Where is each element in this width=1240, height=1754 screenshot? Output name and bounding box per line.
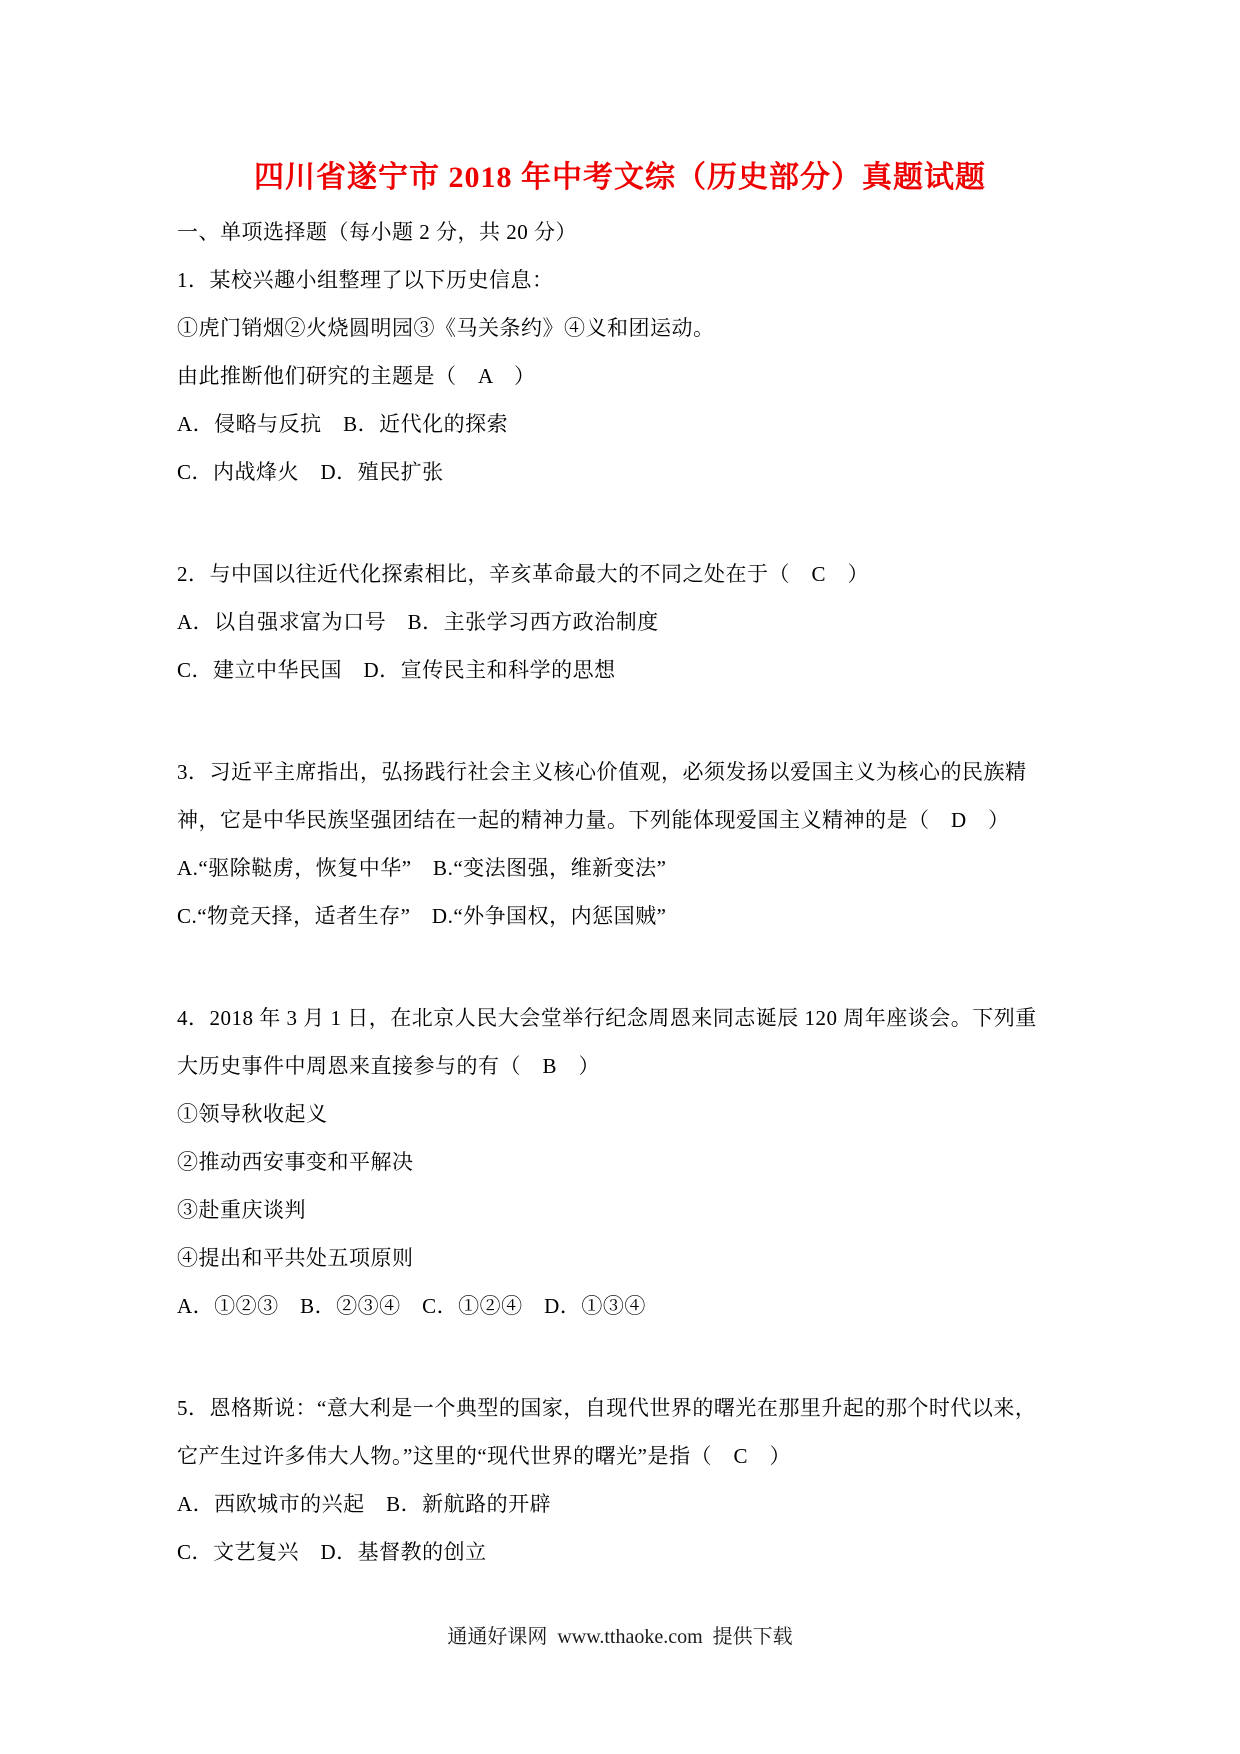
q1-options-cd: C．内战烽火 D．殖民扩张 bbox=[177, 448, 1063, 496]
q5-options-ab: A．西欧城市的兴起 B．新航路的开辟 bbox=[177, 1480, 1063, 1528]
q3-options-cd: C.“物竞天择，适者生存” D.“外争国权，内惩国贼” bbox=[177, 892, 1063, 940]
q4-options: A．①②③ B．②③④ C．①②④ D．①③④ bbox=[177, 1282, 1063, 1330]
q1-prompt: 由此推断他们研究的主题是（ A ） bbox=[177, 352, 1063, 400]
q3-stem-line1: 3．习近平主席指出，弘扬践行社会主义核心价值观，必须发扬以爱国主义为核心的民族精 bbox=[177, 748, 1063, 796]
q4-stem-line1: 4．2018 年 3 月 1 日，在北京人民大会堂举行纪念周恩来同志诞辰 120… bbox=[177, 994, 1063, 1042]
q2-options-cd: C．建立中华民国 D．宣传民主和科学的思想 bbox=[177, 646, 1063, 694]
exam-paper-page: 四川省遂宁市 2018 年中考文综（历史部分）真题试题 一、单项选择题（每小题 … bbox=[0, 0, 1240, 1754]
q5-stem-line2: 它产生过许多伟大人物。”这里的“现代世界的曙光”是指（ C ） bbox=[177, 1432, 1063, 1480]
page-content: 四川省遂宁市 2018 年中考文综（历史部分）真题试题 一、单项选择题（每小题 … bbox=[177, 0, 1063, 1576]
q3-stem-line2: 神，它是中华民族坚强团结在一起的精神力量。下列能体现爱国主义精神的是（ D ） bbox=[177, 796, 1063, 844]
page-title: 四川省遂宁市 2018 年中考文综（历史部分）真题试题 bbox=[177, 158, 1063, 198]
q4-item-1: ①领导秋收起义 bbox=[177, 1090, 1063, 1138]
q1-items: ①虎门销烟②火烧圆明园③《马关条约》④义和团运动。 bbox=[177, 304, 1063, 352]
section-heading: 一、单项选择题（每小题 2 分，共 20 分） bbox=[177, 208, 1063, 256]
q4-stem-line2: 大历史事件中周恩来直接参与的有（ B ） bbox=[177, 1042, 1063, 1090]
q4-item-3: ③赴重庆谈判 bbox=[177, 1186, 1063, 1234]
q2-options-ab: A．以自强求富为口号 B．主张学习西方政治制度 bbox=[177, 598, 1063, 646]
q5-stem-line1: 5．恩格斯说：“意大利是一个典型的国家，自现代世界的曙光在那里升起的那个时代以来… bbox=[177, 1384, 1063, 1432]
q4-item-2: ②推动西安事变和平解决 bbox=[177, 1138, 1063, 1186]
q2-stem: 2．与中国以往近代化探索相比，辛亥革命最大的不同之处在于（ C ） bbox=[177, 550, 1063, 598]
q1-options-ab: A．侵略与反抗 B．近代化的探索 bbox=[177, 400, 1063, 448]
q4-item-4: ④提出和平共处五项原则 bbox=[177, 1234, 1063, 1282]
q1-stem: 1．某校兴趣小组整理了以下历史信息： bbox=[177, 256, 1063, 304]
q5-options-cd: C．文艺复兴 D．基督教的创立 bbox=[177, 1528, 1063, 1576]
q3-options-ab: A.“驱除鞑虏，恢复中华” B.“变法图强，维新变法” bbox=[177, 844, 1063, 892]
watermark-footer: 通通好课网 www.tthaoke.com 提供下载 bbox=[0, 1613, 1240, 1661]
